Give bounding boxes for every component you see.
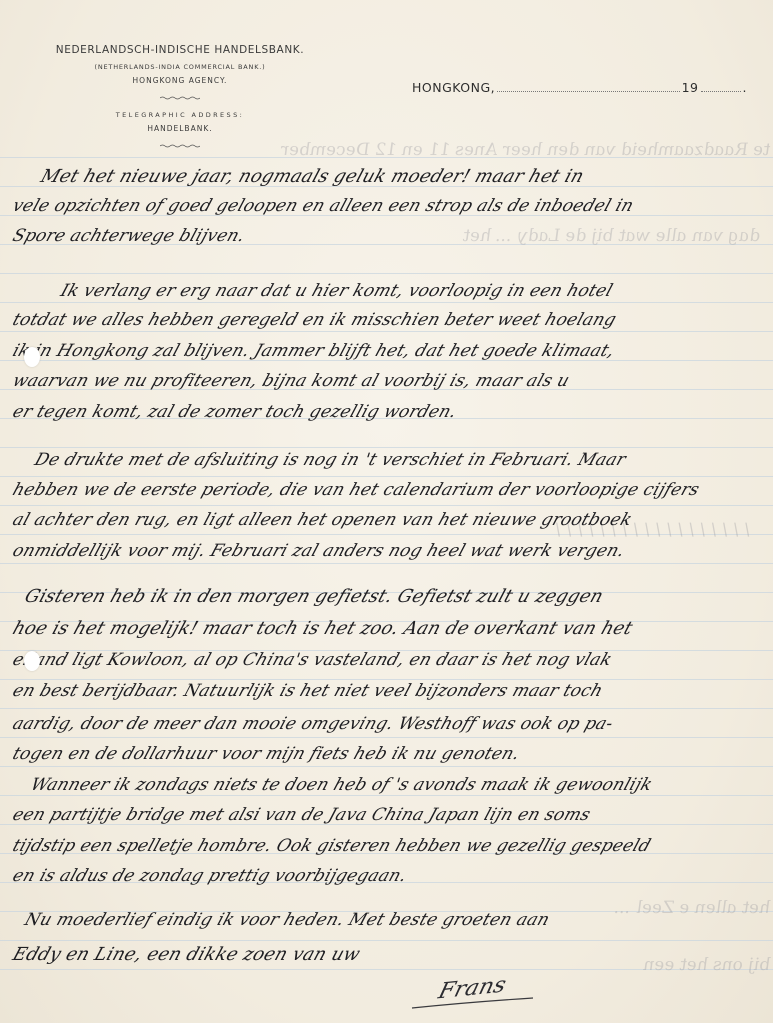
letter-line: en is aldus de zondag prettig voorbijgeg… [10, 866, 409, 886]
letter-line: hebben we de eerste periode, die van het… [10, 480, 702, 500]
letter-line: Nu moederlief eindig ik voor heden. Met … [22, 910, 552, 930]
letter-line: hoe is het mogelijk! maar toch is het zo… [10, 618, 635, 639]
letter-page: te Raadzaamheid van den heer Anes 11 en … [0, 0, 773, 1023]
handwritten-body: Met het nieuwe jaar, nogmaals geluk moed… [0, 0, 773, 1023]
letter-line: totdat we alles hebben geregeld en ik mi… [10, 310, 619, 330]
letter-line: Wanneer ik zondags niets te doen heb of … [28, 775, 655, 795]
letter-line: er tegen komt, zal de zomer toch gezelli… [10, 402, 459, 422]
letter-line: eiland ligt Kowloon, al op China's vaste… [10, 650, 614, 670]
signature-flourish-icon [410, 996, 535, 1010]
letter-line: Met het nieuwe jaar, nogmaals geluk moed… [38, 166, 587, 187]
letter-line: Gisteren heb ik in den morgen gefietst. … [22, 586, 606, 607]
letter-line: tijdstip een spelletje hombre. Ook giste… [10, 836, 653, 856]
punch-hole [24, 347, 40, 367]
letter-line: togen en de dollarhuur voor mijn fiets h… [10, 744, 522, 764]
letter-line: Spore achterwege blijven. [10, 226, 247, 246]
letter-line: Eddy en Line, een dikke zoen van uw [10, 944, 363, 965]
letter-line: vele opzichten of goed geloopen en allee… [10, 196, 636, 216]
punch-hole [24, 651, 40, 671]
letter-line: onmiddellijk voor mij. Februari zal ande… [10, 541, 627, 561]
letter-line: en best berijdbaar. Natuurlijk is het ni… [10, 681, 605, 701]
letter-line: aardig, door de meer dan mooie omgeving.… [10, 714, 616, 734]
letter-line: al achter den rug, en ligt alleen het op… [10, 510, 635, 530]
letter-line: waarvan we nu profiteeren, bijna komt al… [10, 371, 572, 391]
letter-line: ik in Hongkong zal blijven. Jammer blijf… [10, 341, 617, 361]
letter-line: Ik verlang er erg naar dat u hier komt, … [58, 281, 615, 301]
letter-line: De drukte met de afsluiting is nog in 't… [32, 450, 628, 470]
letter-line: een partijtje bridge met alsi van de Jav… [10, 805, 593, 825]
